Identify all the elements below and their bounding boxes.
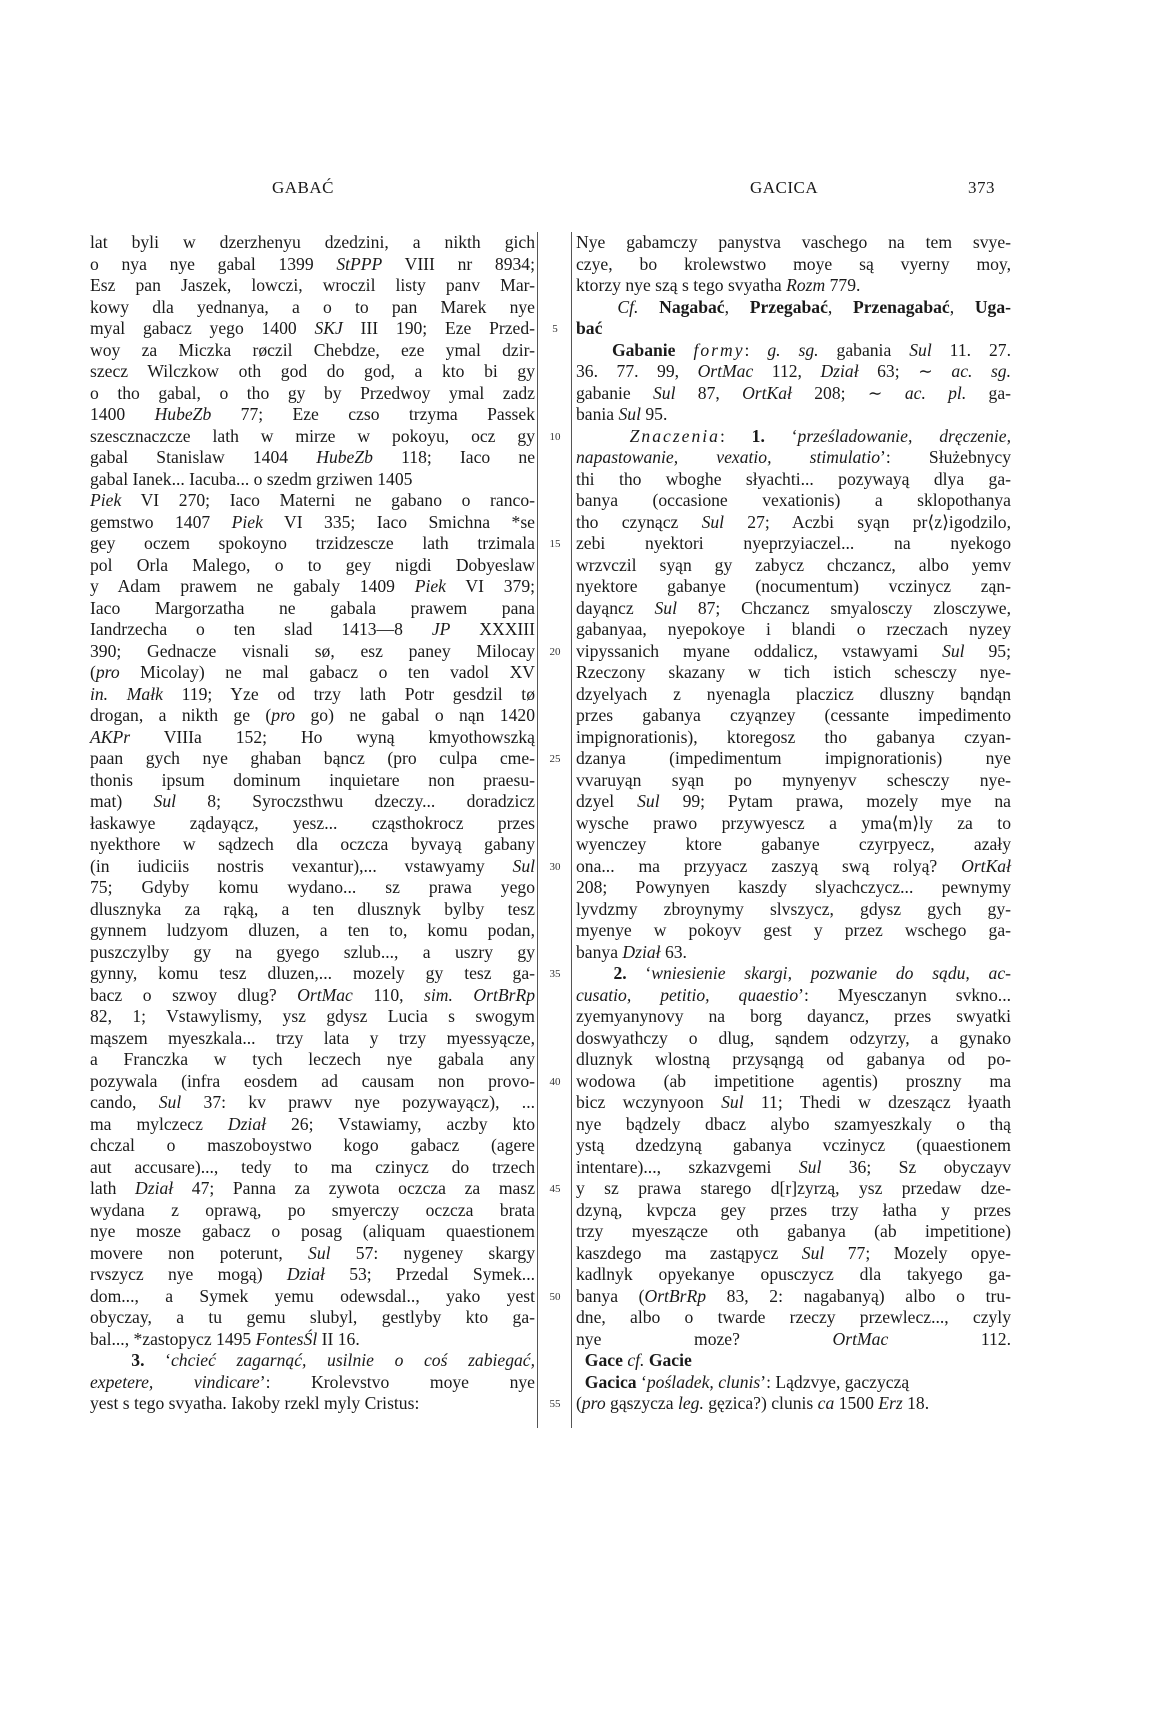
- line-number: 15: [540, 538, 570, 550]
- text-line: wyenczey ktore gabanye czyrpyecz, azały: [576, 834, 1011, 856]
- line-number: 20: [540, 646, 570, 658]
- text-line: zebi nyektori nyeprzyiaczel... na nyekog…: [576, 533, 1011, 555]
- text-line: gynnem ludzyom dluzen, a ten to, komu po…: [90, 920, 535, 942]
- text-line: Iaco Margorzatha ne gabala prawem pana: [90, 598, 535, 620]
- text-line: napastowanie, vexatio, stimulatio’: Służ…: [576, 447, 1011, 469]
- text-line: dom..., a Symek yemu odewsdal.., yako ye…: [90, 1286, 535, 1308]
- left-headword: GABAĆ: [272, 178, 334, 198]
- text-line: nye bądzely dbacz alybo szamyeszkaly o t…: [576, 1114, 1011, 1136]
- text-line: gabanyaa, nyepokoye i blandi o rzeczach …: [576, 619, 1011, 641]
- text-line: Gacica ‘pośladek, clunis’: Lądzvye, gacz…: [576, 1372, 1011, 1394]
- column-rule-left: [537, 232, 538, 1428]
- text-line: bania Sul 95.: [576, 404, 1011, 426]
- line-number: 55: [540, 1398, 570, 1410]
- text-line: ma mylczecz Dział 26; Vstawiamy, aczby k…: [90, 1114, 535, 1136]
- line-number: 35: [540, 968, 570, 980]
- text-line: dzyel Sul 99; Pytam prawa, mozely mye na: [576, 791, 1011, 813]
- text-line: 2. ‘wniesienie skargi, pozwanie do sądu,…: [576, 963, 1011, 985]
- text-line: myal gabacz yego 1400 SKJ III 190; Eze P…: [90, 318, 535, 340]
- text-line: ona... ma przyyacz zaszyą swą rolyą? Ort…: [576, 856, 1011, 878]
- text-line: dzyną, kvpcza gey przes trzy łatha y prz…: [576, 1200, 1011, 1222]
- text-line: lat byli w dzerzhenyu dzedzini, a nikth …: [90, 232, 535, 254]
- text-line: szecz Wilczkow oth god do god, a kto bi …: [90, 361, 535, 383]
- text-line: banya (OrtBrRp 83, 2: nagabanyą) albo o …: [576, 1286, 1011, 1308]
- text-line: nyektore gabanye (nocumentum) vczinycz z…: [576, 576, 1011, 598]
- text-line: dayąncz Sul 87; Chczancz smyalosczy zlos…: [576, 598, 1011, 620]
- text-line: nye mosze gabacz o posag (aliquam quaest…: [90, 1221, 535, 1243]
- text-line: y Adam prawem ne gabaly 1409 Piek VI 379…: [90, 576, 535, 598]
- text-line: AKPr VIIIa 152; Ho wyną kmyothowszką: [90, 727, 535, 749]
- line-number: 10: [540, 431, 570, 443]
- text-line: thonis ipsum dominum inquietare non prae…: [90, 770, 535, 792]
- text-line: 3. ‘chcieć zagarnąć, usilnie o coś zabie…: [90, 1350, 535, 1372]
- text-line: dzyelyach z nyenagla placzicz dluszny bą…: [576, 684, 1011, 706]
- text-line: Rzeczony skazany w tich istich schesczy …: [576, 662, 1011, 684]
- text-line: dne, albo o twarde rzeczy przewlecz..., …: [576, 1307, 1011, 1329]
- column-rule-right: [571, 232, 572, 1428]
- text-line: przes gabanya czyąnzey (cessante impedim…: [576, 705, 1011, 727]
- text-line: paan gych nye ghaban bąncz (pro culpa cm…: [90, 748, 535, 770]
- text-line: kaszdego ma zastąpycz Sul 77; Mozely opy…: [576, 1243, 1011, 1265]
- text-line: aut accusare)..., tedy to ma czinycz do …: [90, 1157, 535, 1179]
- text-line: rvszycz nye mogą) Dział 53; Przedal Syme…: [90, 1264, 535, 1286]
- right-column: Nye gabamczy panystva vaschego na tem sv…: [576, 232, 1011, 1415]
- text-line: ktorzy nye szą s tego svyatha Rozm 779.: [576, 275, 1011, 297]
- text-line: mat) Sul 8; Syroczsthwu dzeczy... doradz…: [90, 791, 535, 813]
- text-line: in. Małk 119; Yze od trzy lath Potr gesd…: [90, 684, 535, 706]
- page-number: 373: [968, 178, 995, 198]
- text-line: dzanya (impedimentum impignorationis) ny…: [576, 748, 1011, 770]
- text-line: (in iudiciis nostris vexantur),... vstaw…: [90, 856, 535, 878]
- text-line: bacz o szwoy dlug? OrtMac 110, sim. OrtB…: [90, 985, 535, 1007]
- text-line: zyemyanynovy na borg dayancz, przes swya…: [576, 1006, 1011, 1028]
- text-line: obyczay, a tu gemu slubyl, gestlyby kto …: [90, 1307, 535, 1329]
- text-line: nyekthore w sądzech dla oczcza byvayą ga…: [90, 834, 535, 856]
- text-line: bicz wczynyoon Sul 11; Thedi w dzeszącz …: [576, 1092, 1011, 1114]
- text-line: pol Orla Malego, o to gey nigdi Dobyesla…: [90, 555, 535, 577]
- text-line: movere non poterunt, Sul 57: nygeney ska…: [90, 1243, 535, 1265]
- text-line: nye moze? OrtMac 112.: [576, 1329, 1011, 1351]
- text-line: dluznyk wlostną przysąngą od gabanya od …: [576, 1049, 1011, 1071]
- text-line: cusatio, petitio, quaestio’: Myesczanyn …: [576, 985, 1011, 1007]
- text-line: gey oczem spokoyno trzidzescze lath trzi…: [90, 533, 535, 555]
- text-line: Esz pan Jaszek, lowczi, wroczil listy pa…: [90, 275, 535, 297]
- text-line: kadlnyk opyekanye opusczycz dla takyego …: [576, 1264, 1011, 1286]
- text-line: Iandrzecha o ten slad 1413—8 JP XXXIII: [90, 619, 535, 641]
- text-line: lath Dział 47; Panna za zywota oczcza za…: [90, 1178, 535, 1200]
- text-line: szescznaczcze lath w mirze w pokoyu, ocz…: [90, 426, 535, 448]
- text-line: tho czynącz Sul 27; Aczbi syąn pr⟨z⟩igod…: [576, 512, 1011, 534]
- text-line: mąszem myeszkala... trzy lata y trzy mye…: [90, 1028, 535, 1050]
- text-line: dlusznyka za rąką, a ten dlusznyk bylby …: [90, 899, 535, 921]
- text-line: 1400 HubeZb 77; Eze czso trzyma Passek: [90, 404, 535, 426]
- text-line: Znaczenia: 1. ‘prześladowanie, dręczenie…: [576, 426, 1011, 448]
- right-headword: GACICA: [750, 178, 818, 198]
- text-line: expetere, vindicare’: Krolevstvo moye ny…: [90, 1372, 535, 1394]
- text-line: chczal o maszoboystwo kogo gabacz (agere: [90, 1135, 535, 1157]
- text-line: gabal Stanislaw 1404 HubeZb 118; Iaco ne: [90, 447, 535, 469]
- line-number: 40: [540, 1076, 570, 1088]
- text-line: drogan, a nikth ge (pro go) ne gabal o n…: [90, 705, 535, 727]
- text-line: wodowa (ab impetitione agentis) proszny …: [576, 1071, 1011, 1093]
- text-line: o nya nye gabal 1399 StPPP VIII nr 8934;: [90, 254, 535, 276]
- text-line: lyvdzmy zbroynymy slvszycz, gdysz gych g…: [576, 899, 1011, 921]
- text-line: impignorationis), ktoregosz tho gabanya …: [576, 727, 1011, 749]
- text-line: a Franczka w tych leczech nye gabala any: [90, 1049, 535, 1071]
- text-line: bal..., *zastopycz 1495 FontesŚl II 16.: [90, 1329, 535, 1351]
- text-line: bać: [576, 318, 1011, 340]
- text-line: vipyssanich myane oddalicz, vstawyami Su…: [576, 641, 1011, 663]
- text-line: 208; Powynyen kaszdy slyachczycz... pewn…: [576, 877, 1011, 899]
- text-line: o tho gabal, o tho gy by Przedwoy ymal z…: [90, 383, 535, 405]
- line-number: 45: [540, 1183, 570, 1195]
- text-line: wysche prawo przywyescz a yma⟨m⟩ly za to: [576, 813, 1011, 835]
- text-line: vvaruyąn syąn po mynyenyv schesczy nye-: [576, 770, 1011, 792]
- text-line: yest s tego svyatha. Iakoby rzekl myly C…: [90, 1393, 535, 1415]
- text-line: thi tho wboghe słyachti... pozywayą dlya…: [576, 469, 1011, 491]
- text-line: banya (occasione vexationis) a sklopotha…: [576, 490, 1011, 512]
- text-line: 75; Gdyby komu wydano... sz prawa yego: [90, 877, 535, 899]
- text-line: Piek VI 270; Iaco Materni ne gabano o ra…: [90, 490, 535, 512]
- text-line: wydana z oprawą, po smyerczy oczcza brat…: [90, 1200, 535, 1222]
- text-line: Gace cf. Gacie: [576, 1350, 1011, 1372]
- text-line: łaskawye ządayącz, yesz... cząsthokrocz …: [90, 813, 535, 835]
- text-line: pozywala (infra eosdem ad causam non pro…: [90, 1071, 535, 1093]
- text-line: banya Dział 63.: [576, 942, 1011, 964]
- line-number: 30: [540, 861, 570, 873]
- text-line: kowy dla yednanya, a o to pan Marek nye: [90, 297, 535, 319]
- text-line: myenye w pokoyv gest y przez wschego ga-: [576, 920, 1011, 942]
- text-line: cando, Sul 37: kv prawv nye pozywayącz),…: [90, 1092, 535, 1114]
- text-line: woy za Miczka røczil Chebdze, eze ymal d…: [90, 340, 535, 362]
- running-header: GABAĆ GACICA 373: [0, 178, 1163, 202]
- line-number: 25: [540, 753, 570, 765]
- text-line: gabanie Sul 87, OrtKał 208; ∼ ac. pl. ga…: [576, 383, 1011, 405]
- text-line: 82, 1; Vstawylismy, ysz gdysz Lucia s sw…: [90, 1006, 535, 1028]
- text-line: 390; Gednacze visnali sø, esz paney Milo…: [90, 641, 535, 663]
- text-line: gemstwo 1407 Piek VI 335; Iaco Smichna *…: [90, 512, 535, 534]
- line-number: 5: [540, 323, 570, 335]
- text-line: gynny, komu tesz dluzen,... mozely gy te…: [90, 963, 535, 985]
- text-line: czye, bo krolewstwo moye są vyerny moy,: [576, 254, 1011, 276]
- text-line: ystą dzedzyną gabanya vczinycz (quaestio…: [576, 1135, 1011, 1157]
- text-line: 36. 77. 99, OrtMac 112, Dział 63; ∼ ac. …: [576, 361, 1011, 383]
- text-line: trzy myeszącze oth gabanya (ab impetitio…: [576, 1221, 1011, 1243]
- text-line: doswyathczy o dlug, sąndem odzyrzy, a gy…: [576, 1028, 1011, 1050]
- left-column: lat byli w dzerzhenyu dzedzini, a nikth …: [90, 232, 535, 1415]
- text-line: Nye gabamczy panystva vaschego na tem sv…: [576, 232, 1011, 254]
- text-line: (pro Micolay) ne mal gabacz o ten vadol …: [90, 662, 535, 684]
- text-line: gabal Ianek... Iacuba... o szedm grziwen…: [90, 469, 535, 491]
- text-line: Cf. Nagabać, Przegabać, Przenagabać, Uga…: [576, 297, 1011, 319]
- text-line: Gabanie formy: g. sg. gabania Sul 11. 27…: [576, 340, 1011, 362]
- line-number: 50: [540, 1291, 570, 1303]
- text-line: (pro gąszycza leg. gęzica?) clunis ca 15…: [576, 1393, 1011, 1415]
- text-line: puszczylby gy na gyego szlub..., a uszry…: [90, 942, 535, 964]
- text-line: intentare)..., szkazvgemi Sul 36; Sz oby…: [576, 1157, 1011, 1179]
- text-line: y sz prawa starego d[r]zyrzą, ysz przeda…: [576, 1178, 1011, 1200]
- text-line: wrzvczil syąn gy zabycz chczancz, albo y…: [576, 555, 1011, 577]
